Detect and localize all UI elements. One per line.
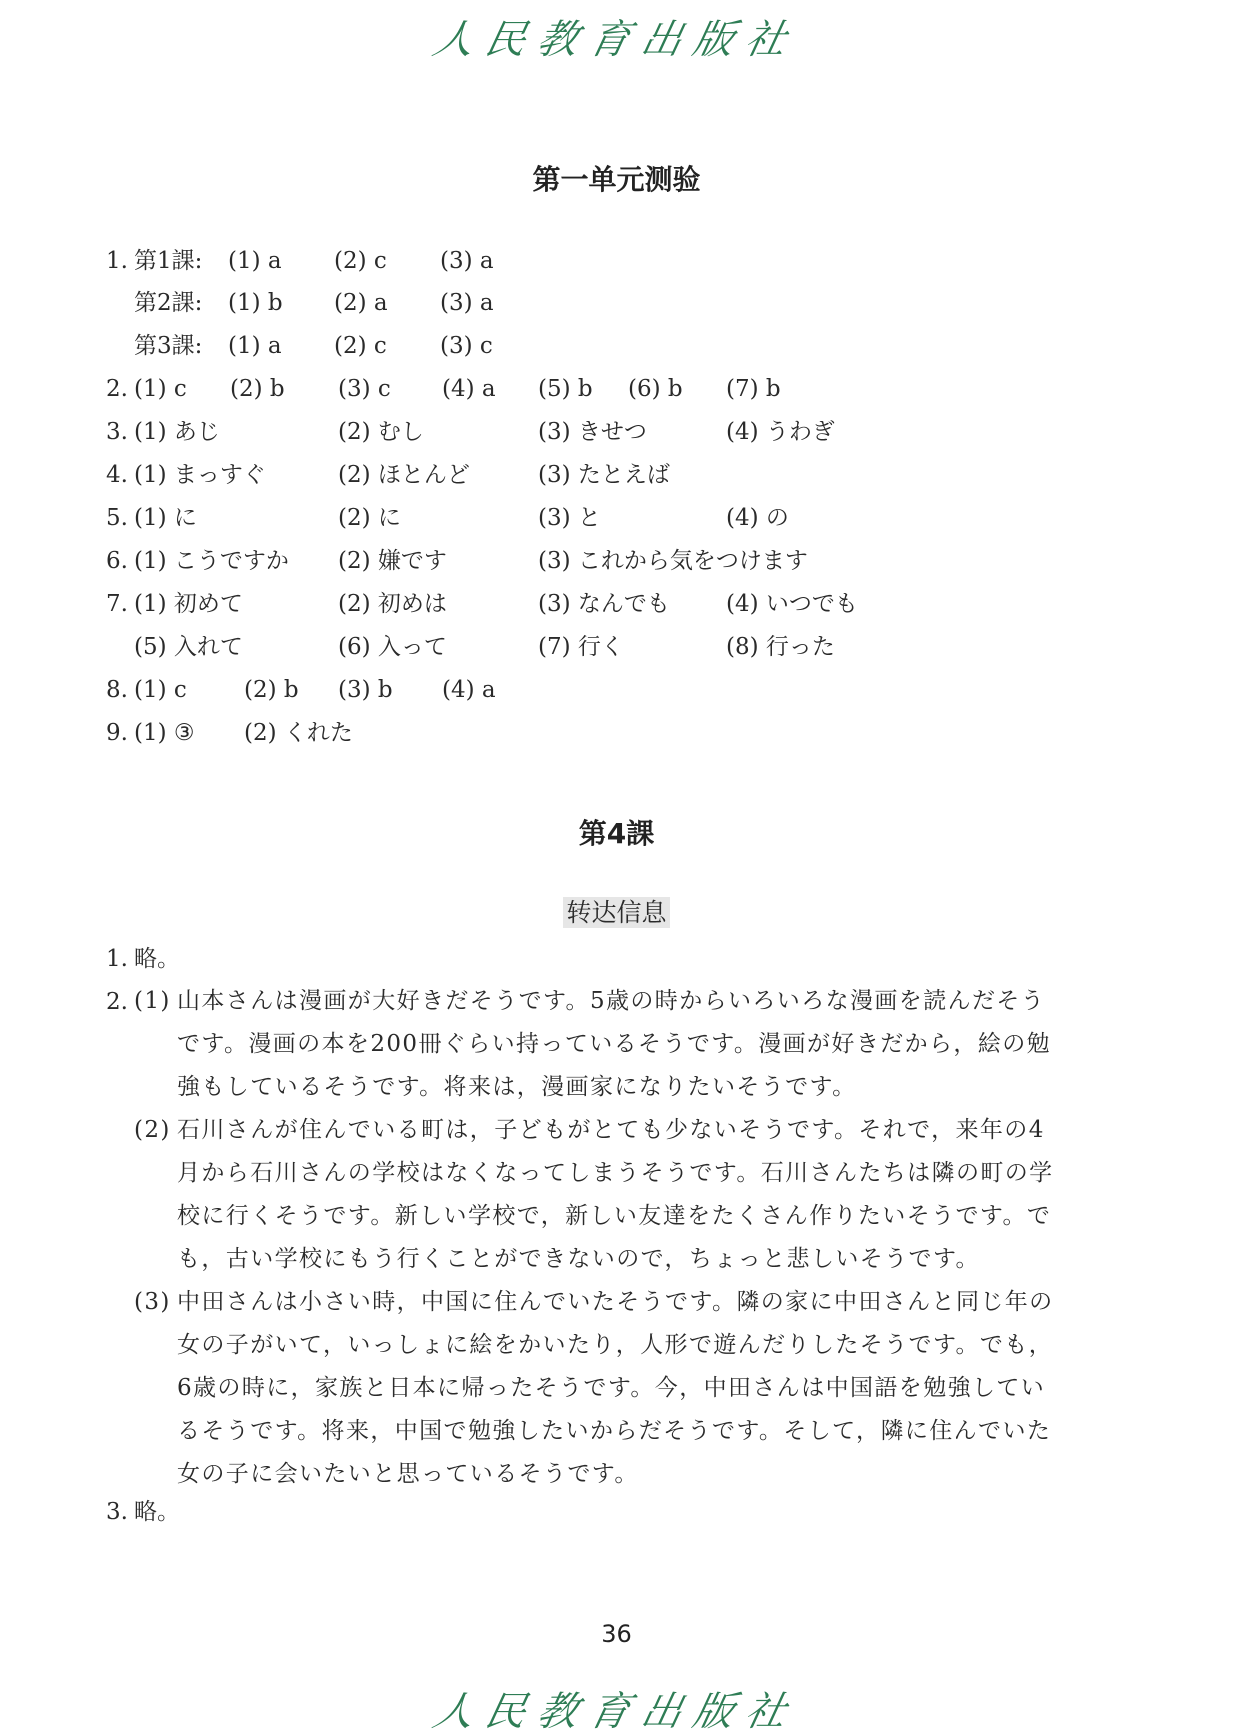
answer: (1) こうですか [134, 546, 289, 576]
subsection-title-text: 转达信息 [563, 897, 669, 928]
paragraph-line: 中田さんは小さい時，中国に住んでいたそうです。隣の家に中田さんと同じ年の [177, 1281, 1054, 1324]
paragraph-line: 女の子がいて，いっしょに絵をかいたり，人形で遊んだりしたそうです。でも， [177, 1324, 1054, 1367]
answer: (3) a [440, 246, 494, 276]
answer: (1) c [134, 374, 187, 404]
lesson-label: 第1課: [134, 246, 202, 276]
paragraph-line: も，古い学校にもう行くことができないので，ちょっと悲しいそうです。 [177, 1238, 1054, 1281]
part-label: (1) [134, 980, 171, 1023]
lesson4-item-2-part-1: (1) 山本さんは漫画が大好きだそうです。5歳の時からいろいろな漫画を読んだそう… [134, 980, 1051, 1109]
answer: (2) ほとんど [338, 460, 470, 490]
answer: (3) と [538, 503, 601, 533]
question-number: 7. [106, 589, 128, 619]
answer-text: 略。 [134, 1497, 180, 1527]
paragraph-line: 強もしているそうです。将来は，漫画家になりたいそうです。 [177, 1066, 1051, 1109]
question-number: 9. [106, 718, 128, 748]
answer: (1) あじ [134, 417, 220, 447]
answer: (1) c [134, 675, 187, 705]
answer: (2) 嫌です [338, 546, 447, 576]
paragraph-line: 6歳の時に，家族と日本に帰ったそうです。今，中田さんは中国語を勉強してい [177, 1367, 1054, 1410]
answer: (8) 行った [726, 632, 835, 662]
paragraph-line: です。漫画の本を200冊ぐらい持っているそうです。漫画が好きだから，絵の勉 [177, 1023, 1051, 1066]
answer: (2) に [338, 503, 401, 533]
lesson-title: 第4課 [0, 812, 1233, 852]
question-number: 2. [106, 374, 128, 404]
lesson4-item-2-part-3: (3) 中田さんは小さい時，中国に住んでいたそうです。隣の家に中田さんと同じ年の… [134, 1281, 1054, 1496]
answer: (3) c [338, 374, 391, 404]
paragraph-line: 校に行くそうです。新しい学校で，新しい友達をたくさん作りたいそうです。で [177, 1195, 1054, 1238]
paragraph-line: 石川さんが住んでいる町は，子どもがとても少ないそうです。それで，来年の4 [177, 1109, 1054, 1152]
subsection-title: 转达信息 [0, 893, 1233, 929]
answer: (1) ③ [134, 718, 195, 748]
question-number: 4. [106, 460, 128, 490]
answer: (5) 入れて [134, 632, 243, 662]
answer: (2) b [230, 374, 285, 404]
question-number: 2. [106, 987, 128, 1017]
answer: (3) これから気をつけます [538, 546, 808, 576]
paragraph-line: 女の子に会いたいと思っているそうです。 [177, 1453, 1054, 1496]
answer: (4) うわぎ [726, 417, 835, 447]
answer: (3) c [440, 331, 493, 361]
question-number: 1. [106, 246, 128, 276]
answer: (3) なんでも [538, 589, 670, 619]
paragraph-line: 山本さんは漫画が大好きだそうです。5歳の時からいろいろな漫画を読んだそう [177, 980, 1051, 1023]
publisher-logo-header: 人民教育出版社 [0, 8, 1233, 65]
lesson-label: 第2課: [134, 288, 202, 318]
answer: (3) a [440, 288, 494, 318]
answer: (1) b [228, 288, 283, 318]
part-label: (2) [134, 1109, 171, 1152]
answer: (5) b [538, 374, 593, 404]
answer: (3) b [338, 675, 393, 705]
answer: (1) a [228, 246, 282, 276]
answer: (1) a [228, 331, 282, 361]
question-number: 8. [106, 675, 128, 705]
answer-text: 略。 [134, 944, 180, 974]
answer: (2) a [334, 288, 388, 318]
answer: (2) b [244, 675, 299, 705]
answer: (6) 入って [338, 632, 447, 662]
answer: (1) に [134, 503, 197, 533]
answer: (6) b [628, 374, 683, 404]
lesson4-item-2-part-2: (2) 石川さんが住んでいる町は，子どもがとても少ないそうです。それで，来年の4… [134, 1109, 1054, 1281]
answer: (2) むし [338, 417, 424, 447]
part-label: (3) [134, 1281, 171, 1324]
answer: (4) a [442, 675, 496, 705]
question-number: 1. [106, 944, 128, 974]
answer: (7) 行く [538, 632, 624, 662]
unit-test-title: 第一单元测验 [0, 158, 1233, 198]
answer: (3) たとえば [538, 460, 670, 490]
answer: (4) の [726, 503, 789, 533]
answer: (2) c [334, 331, 387, 361]
answer: (2) c [334, 246, 387, 276]
question-number: 3. [106, 1497, 128, 1527]
answer: (4) いつでも [726, 589, 858, 619]
publisher-logo-footer: 人民教育出版社 [0, 1680, 1233, 1736]
answer: (2) 初めは [338, 589, 447, 619]
question-number: 5. [106, 503, 128, 533]
page-number: 36 [0, 1620, 1233, 1648]
answer: (1) まっすぐ [134, 460, 266, 490]
paragraph-line: 月から石川さんの学校はなくなってしまうそうです。石川さんたちは隣の町の学 [177, 1152, 1054, 1195]
question-number: 3. [106, 417, 128, 447]
lesson-label: 第3課: [134, 331, 202, 361]
answer: (2) くれた [244, 718, 353, 748]
question-number: 6. [106, 546, 128, 576]
answer: (7) b [726, 374, 781, 404]
answer: (1) 初めて [134, 589, 243, 619]
answer: (3) きせつ [538, 417, 647, 447]
answer: (4) a [442, 374, 496, 404]
paragraph-line: るそうです。将来，中国で勉強したいからだそうです。そして，隣に住んでいた [177, 1410, 1054, 1453]
